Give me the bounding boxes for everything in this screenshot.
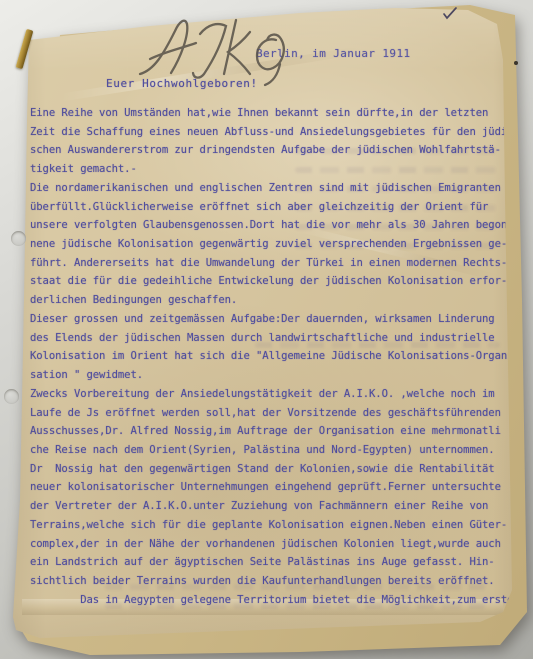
typed-line: des Elends der jüdischen Massen durch la… [30, 329, 508, 348]
typed-line: Ausschusses,Dr. Alfred Nossig,im Auftrag… [30, 422, 508, 441]
typed-line: Kolonisation im Orient hat sich die "All… [30, 347, 508, 366]
typed-line: Zwecks Vorbereitung der Ansiedelungstäti… [30, 385, 508, 404]
typed-line: Dr Nossig hat den gegenwärtigen Stand de… [30, 460, 508, 479]
ink-speck [514, 61, 518, 65]
typed-line: sation " gewidmet. [30, 366, 508, 385]
typed-line: complex,der in der Nähe der vorhandenen … [30, 535, 508, 554]
handwritten-ajko-mark [136, 12, 328, 90]
typed-line: tigkeit gemacht.- [30, 160, 508, 179]
punch-hole [4, 389, 19, 404]
typed-line: nene jüdische Kolonisation gegenwärtig z… [30, 235, 508, 254]
typed-line: Die nordamerikanischen und englischen Ze… [30, 179, 508, 198]
typed-line: ein Landstrich auf der ägyptischen Seite… [30, 553, 508, 572]
typed-line: Eine Reihe von Umständen hat,wie Ihnen b… [30, 104, 508, 123]
typed-line: der Vertreter der A.I.K.O.unter Zuziehun… [30, 497, 508, 516]
typed-line: sichtlich beider Terrains wurden die Kau… [30, 572, 508, 591]
letter-page: Berlin, im Januar 1911 Euer Hochwohlgebo… [0, 0, 533, 659]
typed-line: Terrains,welche sich für die geplante Ko… [30, 516, 508, 535]
typed-line: Dieser grossen und zeitgemässen Aufgabe:… [30, 310, 508, 329]
typed-line: derlichen Bedingungen geschaffen. [30, 291, 508, 310]
typed-line: führt. Andererseits hat die Umwandelung … [30, 254, 508, 273]
punch-hole [11, 231, 26, 246]
typed-line: neuer kolonisatorischer Unternehmungen e… [30, 478, 508, 497]
letter-body: Eine Reihe von Umständen hat,wie Ihnen b… [30, 104, 508, 609]
typed-line: Zeit die Schaffung eines neuen Abfluss-u… [30, 123, 508, 142]
typed-line: staat die für die gedeihliche Entwickelu… [30, 272, 508, 291]
typed-line: schen Auswandererstrom zur dringendsten … [30, 141, 508, 160]
typed-line: unsere verfolgten Glaubensgenossen.Dort … [30, 216, 508, 235]
typed-line: Laufe de Js eröffnet werden soll,hat der… [30, 404, 508, 423]
letter-sheet-stack: Berlin, im Januar 1911 Euer Hochwohlgebo… [0, 0, 533, 659]
typed-line: che Reise nach dem Orient(Syrien, Paläst… [30, 441, 508, 460]
pencil-check-mark [442, 6, 458, 20]
photo-backdrop: Berlin, im Januar 1911 Euer Hochwohlgebo… [0, 0, 533, 659]
typed-line: Das in Aegypten gelegene Territorium bie… [30, 591, 508, 610]
typed-line: überfüllt.Glücklicherweise eröffnet sich… [30, 198, 508, 217]
